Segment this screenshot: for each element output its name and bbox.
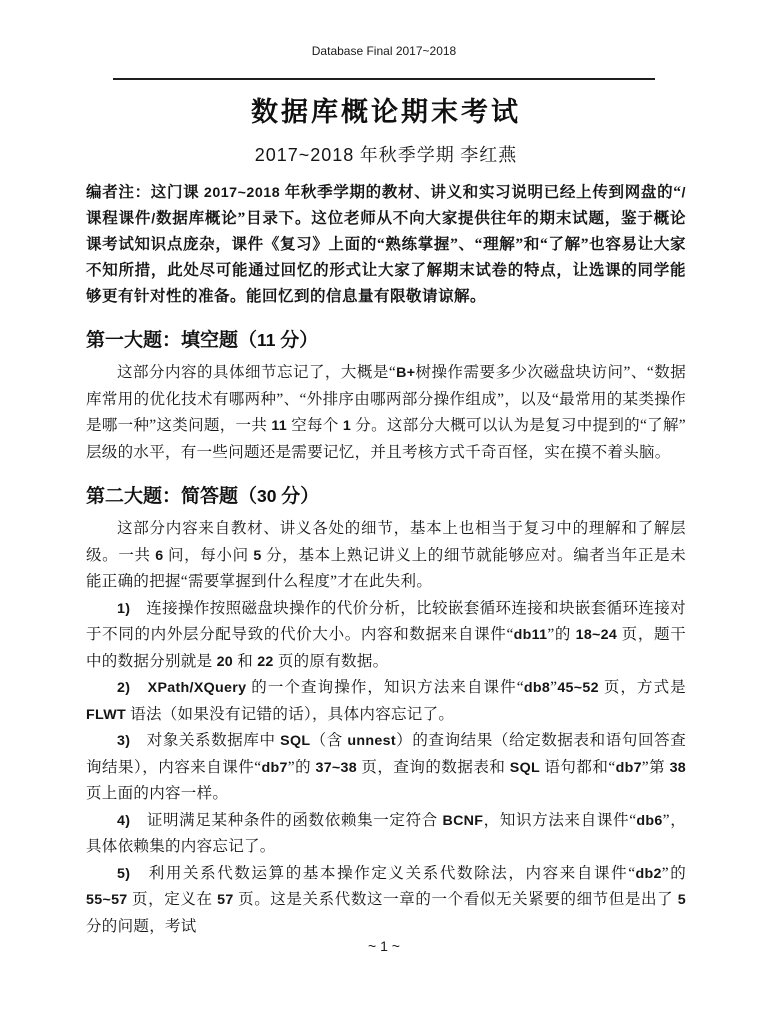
section-heading-short-answer: 第二大题：简答题（30 分） xyxy=(86,481,686,508)
question-item-1: 1) 连接操作按照磁盘块操作的代价分析，比较嵌套循环连接和块嵌套循环连接对于不同… xyxy=(86,596,686,676)
question-item-5: 5) 利用关系代数运算的基本操作定义关系代数除法，内容来自课件“db2”的 55… xyxy=(86,861,686,941)
section-2-paragraph: 这部分内容来自教材、讲义各处的细节，基本上也相当于复习中的理解和了解层级。一共 … xyxy=(86,516,686,596)
question-item-3: 3) 对象关系数据库中 SQL（含 unnest）的查询结果（给定数据表和语句回… xyxy=(86,728,686,808)
document-title: 数据库概论期末考试 xyxy=(86,90,686,129)
section-1-paragraph: 这部分内容的具体细节忘记了，大概是“B+树操作需要多少次磁盘块访问”、“数据库常… xyxy=(86,360,686,466)
section-heading-fill-in-blanks: 第一大题：填空题（11 分） xyxy=(86,325,686,352)
question-item-4: 4) 证明满足某种条件的函数依赖集一定符合 BCNF，知识方法来自课件“db6”… xyxy=(86,808,686,861)
editor-note-paragraph: 编者注：这门课 2017~2018 年秋季学期的教材、讲义和实习说明已经上传到网… xyxy=(86,180,686,310)
document-page: Database Final 2017~2018 数据库概论期末考试 2017~… xyxy=(0,0,768,1024)
running-header-title: Database Final 2017~2018 xyxy=(0,44,768,58)
header-divider xyxy=(113,78,655,80)
page-number: ~ 1 ~ xyxy=(0,938,768,954)
question-item-2: 2) XPath/XQuery 的一个查询操作，知识方法来自课件“db8”45~… xyxy=(86,675,686,728)
document-content: 数据库概论期末考试 2017~2018 年秋季学期 李红燕 编者注：这门课 20… xyxy=(0,90,768,940)
document-subtitle: 2017~2018 年秋季学期 李红燕 xyxy=(86,141,686,167)
